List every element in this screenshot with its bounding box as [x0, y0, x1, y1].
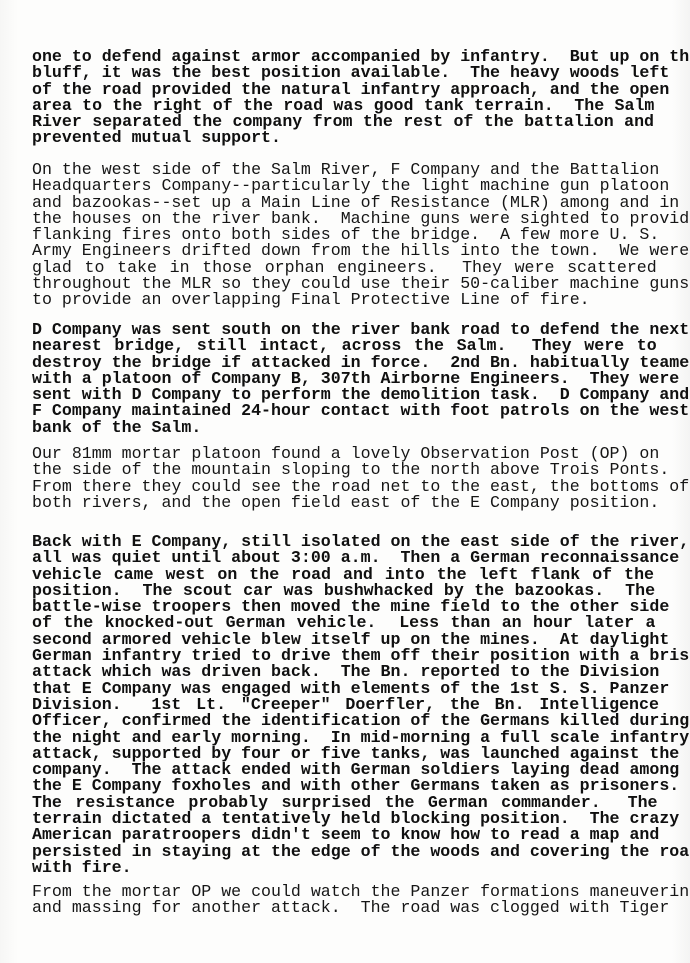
- paragraph-2: On the west side of the Salm River, F Co…: [32, 162, 654, 309]
- text-line: and massing for another attack. The road…: [32, 900, 654, 916]
- text-line: both rivers, and the open field east of …: [32, 495, 654, 511]
- paragraph-5: Back with E Company, still isolated on t…: [32, 534, 654, 876]
- paragraph-3: D Company was sent south on the river ba…: [32, 322, 654, 436]
- paragraph-1: one to defend against armor accompanied …: [32, 49, 654, 147]
- text-line: with fire.: [32, 860, 654, 876]
- text-line: to provide an overlapping Final Protecti…: [32, 292, 654, 308]
- paragraph-6: From the mortar OP we could watch the Pa…: [32, 884, 654, 917]
- paragraph-4: Our 81mm mortar platoon found a lovely O…: [32, 446, 654, 511]
- document-page: one to defend against armor accompanied …: [0, 0, 690, 963]
- text-line: prevented mutual support.: [32, 130, 654, 146]
- text-line: bank of the Salm.: [32, 420, 654, 436]
